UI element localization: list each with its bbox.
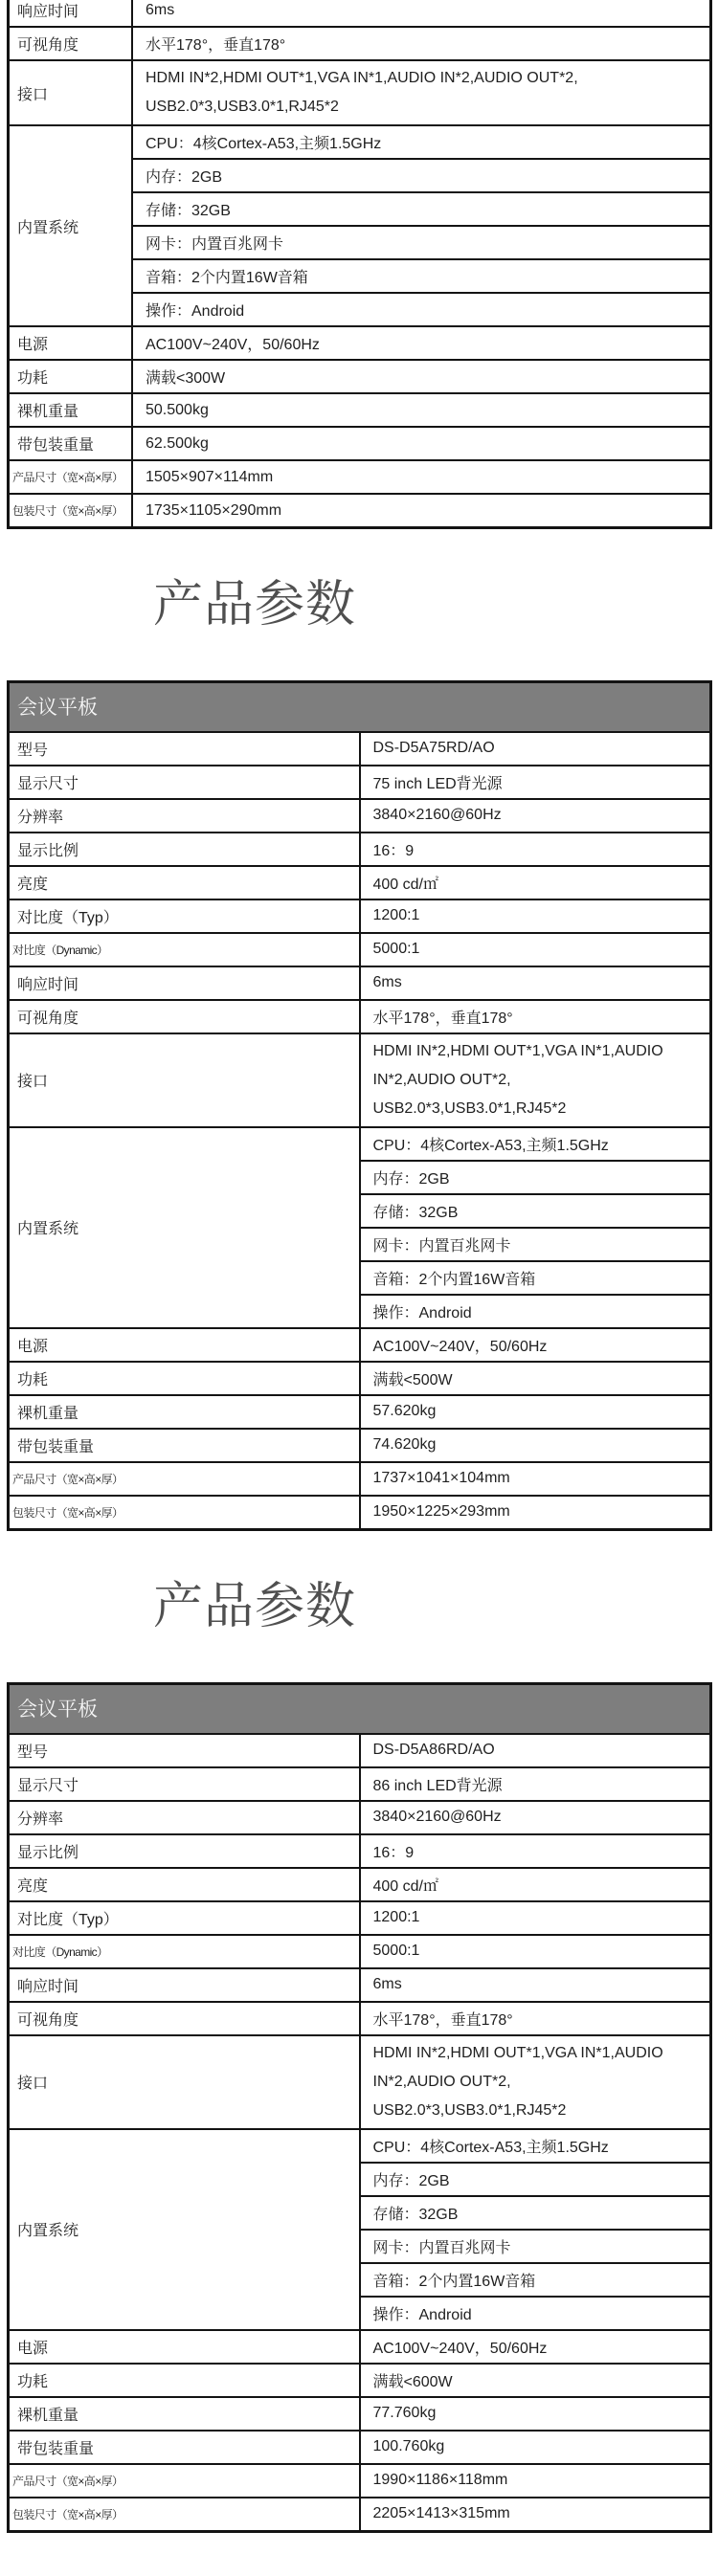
product-spec-page: 响应时间6ms可视角度水平178°，垂直178°接口HDMI IN*2,HDMI… xyxy=(0,0,718,2576)
spec-value: 100.760kg xyxy=(360,2431,711,2464)
spec-subvalue: 内存：2GB xyxy=(360,1161,711,1194)
spec-value: 86 inch LED背光源 xyxy=(360,1767,711,1801)
spec-value-line: HDMI IN*2,HDMI OUT*1,VGA IN*1,AUDIO IN*2… xyxy=(373,1037,705,1095)
spec-label: 功耗 xyxy=(9,360,133,393)
spec-label: 显示比例 xyxy=(9,833,360,866)
table-row: 带包装重量62.500kg xyxy=(9,427,711,460)
spec-value: AC100V~240V，50/60Hz xyxy=(360,2330,711,2364)
spec-subvalue: 内存：2GB xyxy=(132,159,711,192)
spec-label: 产品尺寸（宽×高×厚） xyxy=(9,2464,360,2498)
table-row: 产品尺寸（宽×高×厚）1737×1041×104mm xyxy=(9,1462,711,1496)
spec-table: 会议平板型号DS-D5A86RD/AO显示尺寸86 inch LED背光源分辨率… xyxy=(7,1682,712,2533)
table-row: 可视角度水平178°，垂直178° xyxy=(9,2002,711,2035)
spec-label: 对比度（Typ） xyxy=(9,899,360,933)
spec-table-86inch: 会议平板型号DS-D5A86RD/AO显示尺寸86 inch LED背光源分辨率… xyxy=(7,1682,715,2533)
section-title: 产品参数 xyxy=(0,1579,509,1636)
table-row: 电源AC100V~240V，50/60Hz xyxy=(9,2330,711,2364)
spec-value: 16：9 xyxy=(360,833,711,866)
table-row: 包装尺寸（宽×高×厚）1735×1105×290mm xyxy=(9,494,711,528)
spec-label: 接口 xyxy=(9,2035,360,2129)
spec-label: 接口 xyxy=(9,60,133,125)
spec-label: 亮度 xyxy=(9,1868,360,1901)
table-row: 型号DS-D5A86RD/AO xyxy=(9,1734,711,1767)
spec-subvalue: 内存：2GB xyxy=(360,2163,711,2196)
spec-label: 裸机重量 xyxy=(9,393,133,427)
table-row: 内置系统CPU：4核Cortex-A53,主频1.5GHz xyxy=(9,125,711,159)
spec-value: 5000:1 xyxy=(360,933,711,966)
table-row: 亮度400 cd/㎡ xyxy=(9,866,711,899)
spec-subvalue: CPU：4核Cortex-A53,主频1.5GHz xyxy=(360,1127,711,1161)
spec-value: 1200:1 xyxy=(360,1901,711,1935)
spec-value-line: HDMI IN*2,HDMI OUT*1,VGA IN*1,AUDIO IN*2… xyxy=(146,64,704,93)
table-row: 电源AC100V~240V，50/60Hz xyxy=(9,326,711,360)
spec-label: 带包装重量 xyxy=(9,1429,360,1462)
spec-label: 裸机重量 xyxy=(9,2397,360,2431)
spec-subvalue: CPU：4核Cortex-A53,主频1.5GHz xyxy=(360,2129,711,2163)
spec-label: 带包装重量 xyxy=(9,2431,360,2464)
spec-label: 接口 xyxy=(9,1033,360,1127)
table-row: 功耗满载<600W xyxy=(9,2364,711,2397)
spec-value: 满载<300W xyxy=(132,360,711,393)
section-title: 产品参数 xyxy=(0,577,509,634)
spec-value-line: HDMI IN*2,HDMI OUT*1,VGA IN*1,AUDIO IN*2… xyxy=(373,2039,705,2097)
spec-value: 3840×2160@60Hz xyxy=(360,1801,711,1834)
spec-label: 可视角度 xyxy=(9,27,133,60)
spec-subvalue: 存储：32GB xyxy=(132,192,711,226)
spec-label: 可视角度 xyxy=(9,2002,360,2035)
spec-label: 对比度（Typ） xyxy=(9,1901,360,1935)
table-row: 接口HDMI IN*2,HDMI OUT*1,VGA IN*1,AUDIO IN… xyxy=(9,60,711,125)
spec-value: 5000:1 xyxy=(360,1935,711,1968)
table-row: 分辨率3840×2160@60Hz xyxy=(9,1801,711,1834)
table-row: 可视角度水平178°，垂直178° xyxy=(9,27,711,60)
table-row: 带包装重量74.620kg xyxy=(9,1429,711,1462)
spec-subvalue: 操作：Android xyxy=(132,293,711,326)
spec-value: 75 inch LED背光源 xyxy=(360,766,711,799)
spec-subvalue: 网卡：内置百兆网卡 xyxy=(360,2230,711,2263)
spec-label: 包装尺寸（宽×高×厚） xyxy=(9,1496,360,1530)
table-row: 产品尺寸（宽×高×厚）1990×1186×118mm xyxy=(9,2464,711,2498)
table-row: 对比度（Typ）1200:1 xyxy=(9,1901,711,1935)
table-row: 分辨率3840×2160@60Hz xyxy=(9,799,711,833)
spec-value: 水平178°，垂直178° xyxy=(360,2002,711,2035)
table-row: 亮度400 cd/㎡ xyxy=(9,1868,711,1901)
spec-label: 可视角度 xyxy=(9,1000,360,1033)
spec-subvalue: 网卡：内置百兆网卡 xyxy=(132,226,711,259)
spec-table: 会议平板型号DS-D5A75RD/AO显示尺寸75 inch LED背光源分辨率… xyxy=(7,680,712,1531)
spec-label: 对比度（Dynamic） xyxy=(9,933,360,966)
spec-value: 50.500kg xyxy=(132,393,711,427)
spec-value: AC100V~240V，50/60Hz xyxy=(360,1328,711,1362)
spec-subvalue: 网卡：内置百兆网卡 xyxy=(360,1228,711,1261)
table-row: 响应时间6ms xyxy=(9,966,711,1000)
table-row: 内置系统CPU：4核Cortex-A53,主频1.5GHz xyxy=(9,1127,711,1161)
spec-value: 1950×1225×293mm xyxy=(360,1496,711,1530)
spec-label: 裸机重量 xyxy=(9,1395,360,1429)
spec-value: 1990×1186×118mm xyxy=(360,2464,711,2498)
spec-label: 分辨率 xyxy=(9,1801,360,1834)
spec-value: 3840×2160@60Hz xyxy=(360,799,711,833)
spec-subvalue: 音箱：2个内置16W音箱 xyxy=(132,259,711,293)
spec-subvalue: 操作：Android xyxy=(360,2297,711,2330)
table-header: 会议平板 xyxy=(9,681,711,732)
table-row: 显示尺寸75 inch LED背光源 xyxy=(9,766,711,799)
spec-label: 内置系统 xyxy=(9,125,133,326)
table-row: 响应时间6ms xyxy=(9,1968,711,2002)
spec-subvalue: 存储：32GB xyxy=(360,2196,711,2230)
spec-value: 2205×1413×315mm xyxy=(360,2498,711,2532)
table-row: 内置系统CPU：4核Cortex-A53,主频1.5GHz xyxy=(9,2129,711,2163)
spec-value: HDMI IN*2,HDMI OUT*1,VGA IN*1,AUDIO IN*2… xyxy=(360,2035,711,2129)
spec-value: 400 cd/㎡ xyxy=(360,1868,711,1901)
table-row: 接口HDMI IN*2,HDMI OUT*1,VGA IN*1,AUDIO IN… xyxy=(9,2035,711,2129)
spec-value-line: USB2.0*3,USB3.0*1,RJ45*2 xyxy=(146,93,704,122)
spec-table-partial: 响应时间6ms可视角度水平178°，垂直178°接口HDMI IN*2,HDMI… xyxy=(7,0,715,529)
spec-value: DS-D5A86RD/AO xyxy=(360,1734,711,1767)
spec-label: 显示尺寸 xyxy=(9,1767,360,1801)
spec-label: 电源 xyxy=(9,326,133,360)
spec-label: 响应时间 xyxy=(9,966,360,1000)
spec-value: 62.500kg xyxy=(132,427,711,460)
table-row: 产品尺寸（宽×高×厚）1505×907×114mm xyxy=(9,460,711,494)
spec-subvalue: 音箱：2个内置16W音箱 xyxy=(360,2263,711,2297)
spec-value-line: USB2.0*3,USB3.0*1,RJ45*2 xyxy=(373,2097,705,2125)
spec-value: HDMI IN*2,HDMI OUT*1,VGA IN*1,AUDIO IN*2… xyxy=(132,60,711,125)
spec-label: 型号 xyxy=(9,1734,360,1767)
spec-value: 水平178°，垂直178° xyxy=(132,27,711,60)
spec-label: 电源 xyxy=(9,1328,360,1362)
spec-label: 型号 xyxy=(9,732,360,766)
spec-label: 分辨率 xyxy=(9,799,360,833)
table-row: 裸机重量57.620kg xyxy=(9,1395,711,1429)
spec-subvalue: 存储：32GB xyxy=(360,1194,711,1228)
spec-value: 满载<600W xyxy=(360,2364,711,2397)
spec-label: 产品尺寸（宽×高×厚） xyxy=(9,460,133,494)
spec-value: 水平178°，垂直178° xyxy=(360,1000,711,1033)
spec-value: 6ms xyxy=(360,1968,711,2002)
spec-value: 1200:1 xyxy=(360,899,711,933)
spec-label: 响应时间 xyxy=(9,1968,360,2002)
spec-label: 内置系统 xyxy=(9,2129,360,2330)
table-row: 显示比例16：9 xyxy=(9,1834,711,1868)
table-row: 功耗满载<300W xyxy=(9,360,711,393)
spec-label: 对比度（Dynamic） xyxy=(9,1935,360,1968)
table-row: 对比度（Dynamic）5000:1 xyxy=(9,1935,711,1968)
spec-value: 400 cd/㎡ xyxy=(360,866,711,899)
spec-label: 功耗 xyxy=(9,2364,360,2397)
spec-subvalue: 音箱：2个内置16W音箱 xyxy=(360,1261,711,1295)
spec-value: 77.760kg xyxy=(360,2397,711,2431)
spec-subvalue: 操作：Android xyxy=(360,1295,711,1328)
spec-value: 6ms xyxy=(132,0,711,27)
spec-label: 功耗 xyxy=(9,1362,360,1395)
table-row: 型号DS-D5A75RD/AO xyxy=(9,732,711,766)
spec-table: 响应时间6ms可视角度水平178°，垂直178°接口HDMI IN*2,HDMI… xyxy=(7,0,712,529)
spec-label: 显示比例 xyxy=(9,1834,360,1868)
table-row: 带包装重量100.760kg xyxy=(9,2431,711,2464)
spec-label: 产品尺寸（宽×高×厚） xyxy=(9,1462,360,1496)
spec-value: 1505×907×114mm xyxy=(132,460,711,494)
spec-value-line: USB2.0*3,USB3.0*1,RJ45*2 xyxy=(373,1095,705,1123)
spec-value: 16：9 xyxy=(360,1834,711,1868)
table-row: 功耗满载<500W xyxy=(9,1362,711,1395)
table-header: 会议平板 xyxy=(9,1683,711,1734)
table-row: 显示尺寸86 inch LED背光源 xyxy=(9,1767,711,1801)
table-row: 响应时间6ms xyxy=(9,0,711,27)
spec-label: 电源 xyxy=(9,2330,360,2364)
spec-value: 57.620kg xyxy=(360,1395,711,1429)
table-row: 包装尺寸（宽×高×厚）1950×1225×293mm xyxy=(9,1496,711,1530)
spec-value: AC100V~240V，50/60Hz xyxy=(132,326,711,360)
spec-value: HDMI IN*2,HDMI OUT*1,VGA IN*1,AUDIO IN*2… xyxy=(360,1033,711,1127)
spec-table-75inch: 会议平板型号DS-D5A75RD/AO显示尺寸75 inch LED背光源分辨率… xyxy=(7,680,715,1531)
spec-label: 响应时间 xyxy=(9,0,133,27)
spec-value: 1735×1105×290mm xyxy=(132,494,711,528)
table-row: 电源AC100V~240V，50/60Hz xyxy=(9,1328,711,1362)
spec-value: 1737×1041×104mm xyxy=(360,1462,711,1496)
spec-label: 包装尺寸（宽×高×厚） xyxy=(9,494,133,528)
spec-label: 显示尺寸 xyxy=(9,766,360,799)
spec-label: 带包装重量 xyxy=(9,427,133,460)
spec-label: 包装尺寸（宽×高×厚） xyxy=(9,2498,360,2532)
table-row: 显示比例16：9 xyxy=(9,833,711,866)
spec-value: 满载<500W xyxy=(360,1362,711,1395)
spec-value: 6ms xyxy=(360,966,711,1000)
table-row: 裸机重量50.500kg xyxy=(9,393,711,427)
spec-label: 亮度 xyxy=(9,866,360,899)
table-row: 接口HDMI IN*2,HDMI OUT*1,VGA IN*1,AUDIO IN… xyxy=(9,1033,711,1127)
table-row: 裸机重量77.760kg xyxy=(9,2397,711,2431)
spec-label: 内置系统 xyxy=(9,1127,360,1328)
table-row: 包装尺寸（宽×高×厚）2205×1413×315mm xyxy=(9,2498,711,2532)
spec-subvalue: CPU：4核Cortex-A53,主频1.5GHz xyxy=(132,125,711,159)
table-row: 对比度（Dynamic）5000:1 xyxy=(9,933,711,966)
spec-value: DS-D5A75RD/AO xyxy=(360,732,711,766)
table-row: 可视角度水平178°，垂直178° xyxy=(9,1000,711,1033)
spec-value: 74.620kg xyxy=(360,1429,711,1462)
table-row: 对比度（Typ）1200:1 xyxy=(9,899,711,933)
